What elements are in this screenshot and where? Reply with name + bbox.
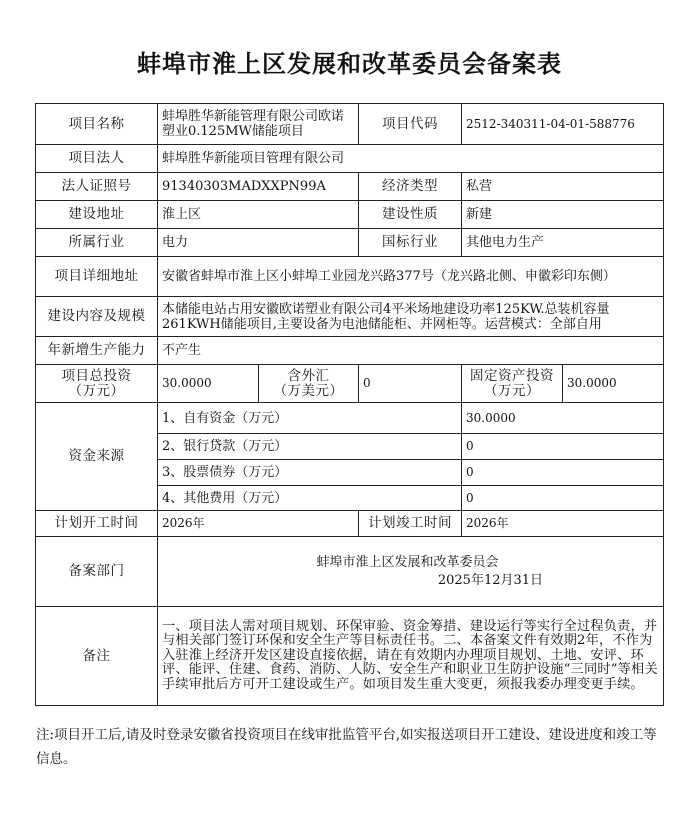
nature-label: 建设性质 [359,201,462,229]
forex-value: 0 [359,365,462,403]
total-investment-label-line1: 项目总投资 [40,369,153,384]
finish-value: 2026年 [462,511,664,537]
scope-value: 本储能电站占用安徽欧诺塑业有限公司4平米场地建设功率125KW.总装机容量261… [158,297,664,337]
location-label: 建设地址 [36,201,158,229]
address-value: 安徽省蚌埠市淮上区小蚌埠工业园龙兴路377号（龙兴路北侧、申徽彩印东侧） [158,257,664,297]
industry-value: 电力 [158,229,359,257]
total-investment-value: 30.0000 [158,365,259,403]
row-capacity: 年新增生产能力 不产生 [36,337,664,365]
row-investment: 项目总投资 （万元） 30.0000 含外汇 （万美元） 0 固定资产投资 （万… [36,365,664,403]
project-code-value: 2512-340311-04-01-588776 [462,104,664,145]
dept-date: 2025年12月31日 [162,572,543,590]
capacity-value: 不产生 [158,337,664,365]
nature-value: 新建 [462,201,664,229]
fixed-asset-label: 固定资产投资 （万元） [462,365,563,403]
filing-form-table: 项目名称 蚌埠胜华新能管理有限公司欧诺塑业0.125MW储能项目 项目代码 25… [35,103,664,706]
economy-type-label: 经济类型 [359,173,462,201]
start-label: 计划开工时间 [36,511,158,537]
page-title: 蚌埠市淮上区发展和改革委员会备案表 [0,44,699,79]
funds-item-label: 3、股票债券（万元） [158,460,462,486]
fixed-asset-value: 30.0000 [563,365,664,403]
dept-value: 蚌埠市淮上区发展和改革委员会 2025年12月31日 [158,537,664,607]
fixed-asset-label-line2: （万元） [466,384,558,399]
total-investment-label: 项目总投资 （万元） [36,365,158,403]
funds-label: 资金来源 [36,403,158,511]
row-project-name: 项目名称 蚌埠胜华新能管理有限公司欧诺塑业0.125MW储能项目 项目代码 25… [36,104,664,145]
capacity-label: 年新增生产能力 [36,337,158,365]
row-schedule: 计划开工时间 2026年 计划竣工时间 2026年 [36,511,664,537]
forex-label-line1: 含外汇 [263,369,354,384]
national-industry-value: 其他电力生产 [462,229,664,257]
total-investment-label-line2: （万元） [40,384,153,399]
forex-label-line2: （万美元） [263,384,354,399]
legal-person-value: 蚌埠胜华新能项目管理有限公司 [158,145,664,173]
row-dept: 备案部门 蚌埠市淮上区发展和改革委员会 2025年12月31日 [36,537,664,607]
location-value: 淮上区 [158,201,359,229]
scope-label: 建设内容及规模 [36,297,158,337]
economy-type-value: 私营 [462,173,664,201]
address-label: 项目详细地址 [36,257,158,297]
funds-item-label: 2、银行贷款（万元） [158,434,462,460]
row-location: 建设地址 淮上区 建设性质 新建 [36,201,664,229]
funds-item-value: 0 [462,434,664,460]
row-address: 项目详细地址 安徽省蚌埠市淮上区小蚌埠工业园龙兴路377号（龙兴路北侧、申徽彩印… [36,257,664,297]
dept-name: 蚌埠市淮上区发展和改革委员会 [162,554,543,572]
start-value: 2026年 [158,511,359,537]
row-industry: 所属行业 电力 国标行业 其他电力生产 [36,229,664,257]
row-remarks: 备注 一、项目法人需对项目规划、环保审验、资金筹措、建设运行等实行全过程负责，并… [36,607,664,706]
row-funds-1: 资金来源 1、自有资金（万元） 30.0000 [36,403,664,434]
funds-item-label: 4、其他费用（万元） [158,486,462,511]
row-legal-person: 项目法人 蚌埠胜华新能项目管理有限公司 [36,145,664,173]
funds-item-value: 0 [462,486,664,511]
row-scope: 建设内容及规模 本储能电站占用安徽欧诺塑业有限公司4平米场地建设功率125KW.… [36,297,664,337]
finish-label: 计划竣工时间 [359,511,462,537]
dept-label: 备案部门 [36,537,158,607]
remarks-label: 备注 [36,607,158,706]
funds-item-label: 1、自有资金（万元） [158,403,462,434]
footer-note: 注:项目开工后,请及时登录安徽省投资项目在线审批监管平台,如实报送项目开工建设、… [36,723,666,771]
remarks-value: 一、项目法人需对项目规划、环保审验、资金筹措、建设运行等实行全过程负责，并与相关… [158,607,664,706]
national-industry-label: 国标行业 [359,229,462,257]
industry-label: 所属行业 [36,229,158,257]
forex-label: 含外汇 （万美元） [259,365,359,403]
license-label: 法人证照号 [36,173,158,201]
project-code-label: 项目代码 [359,104,462,145]
project-name-label: 项目名称 [36,104,158,145]
license-value: 91340303MADXXPN99A [158,173,359,201]
row-license: 法人证照号 91340303MADXXPN99A 经济类型 私营 [36,173,664,201]
funds-item-value: 0 [462,460,664,486]
fixed-asset-label-line1: 固定资产投资 [466,369,558,384]
project-name-value: 蚌埠胜华新能管理有限公司欧诺塑业0.125MW储能项目 [158,104,359,145]
funds-item-value: 30.0000 [462,403,664,434]
legal-person-label: 项目法人 [36,145,158,173]
